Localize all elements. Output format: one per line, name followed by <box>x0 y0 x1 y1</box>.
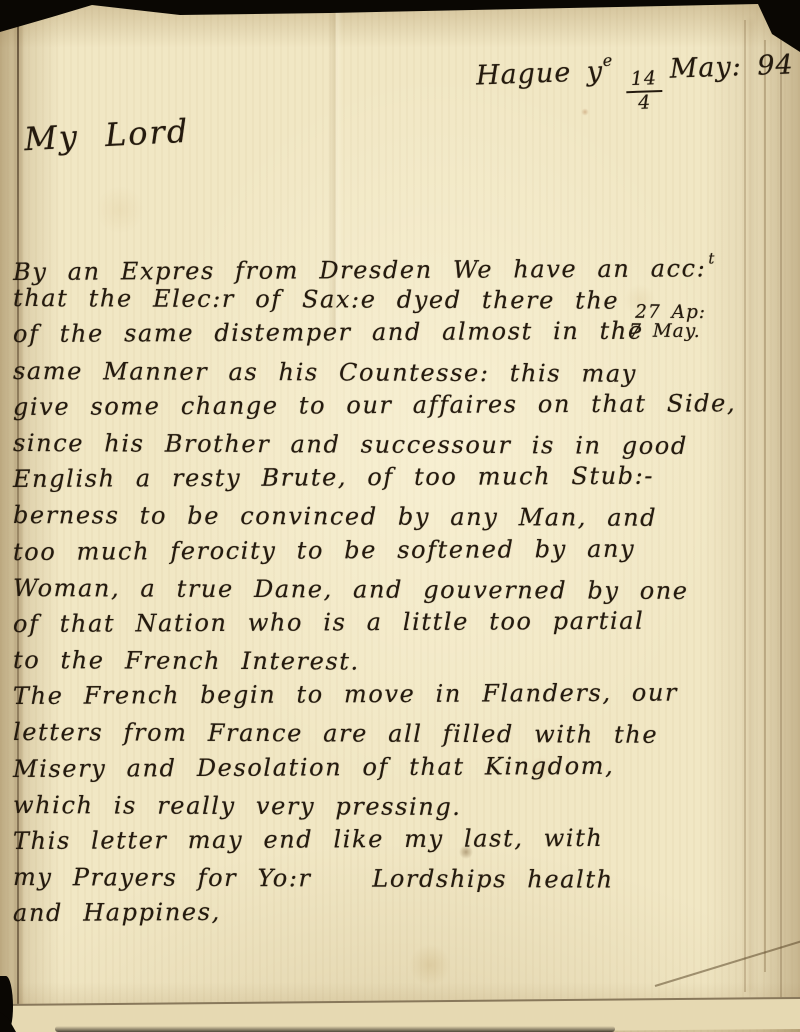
dateline-place: Hague y <box>475 56 603 91</box>
letter-line: give some change to our affaires on that… <box>13 385 791 425</box>
page-shadow <box>55 1026 615 1032</box>
letter-line: and Happines, <box>13 891 791 931</box>
line1-superscript-t: t <box>708 249 716 267</box>
dateline-date-fraction: 14 4 <box>626 69 664 114</box>
date-old-style: 14 <box>626 69 663 93</box>
letter-line: The French begin to move in Flanders, ou… <box>13 674 791 714</box>
letter-body: By an Expres from Dresden We have an acc… <box>13 244 791 932</box>
date-new-style: 4 <box>638 92 652 113</box>
letter-line: Misery and Desolation of that Kingdom, <box>13 747 791 787</box>
letter-line: English a resty Brute, of too much Stub:… <box>13 457 791 497</box>
letter-line: By an Expres from Dresden We have an acc… <box>13 240 791 280</box>
letter-line: of that Nation who is a little too parti… <box>13 602 791 642</box>
letter-line: of the same distemper and almost in the <box>13 312 791 352</box>
line2-text: that the Elec:r of Sax:e dyed there the <box>13 284 619 315</box>
letter-line: This letter may end like my last, with <box>13 819 791 859</box>
dateline: Hague ye 14 4 May: 94 <box>412 13 796 152</box>
dateline-ye-superscript: e <box>602 51 613 70</box>
dateline-month-year: May: 94 <box>669 49 794 84</box>
letter-line: too much ferocity to be softened by any <box>13 529 791 569</box>
manuscript-scan: Hague ye 14 4 May: 94 My Lord By an Expr… <box>0 0 800 1032</box>
